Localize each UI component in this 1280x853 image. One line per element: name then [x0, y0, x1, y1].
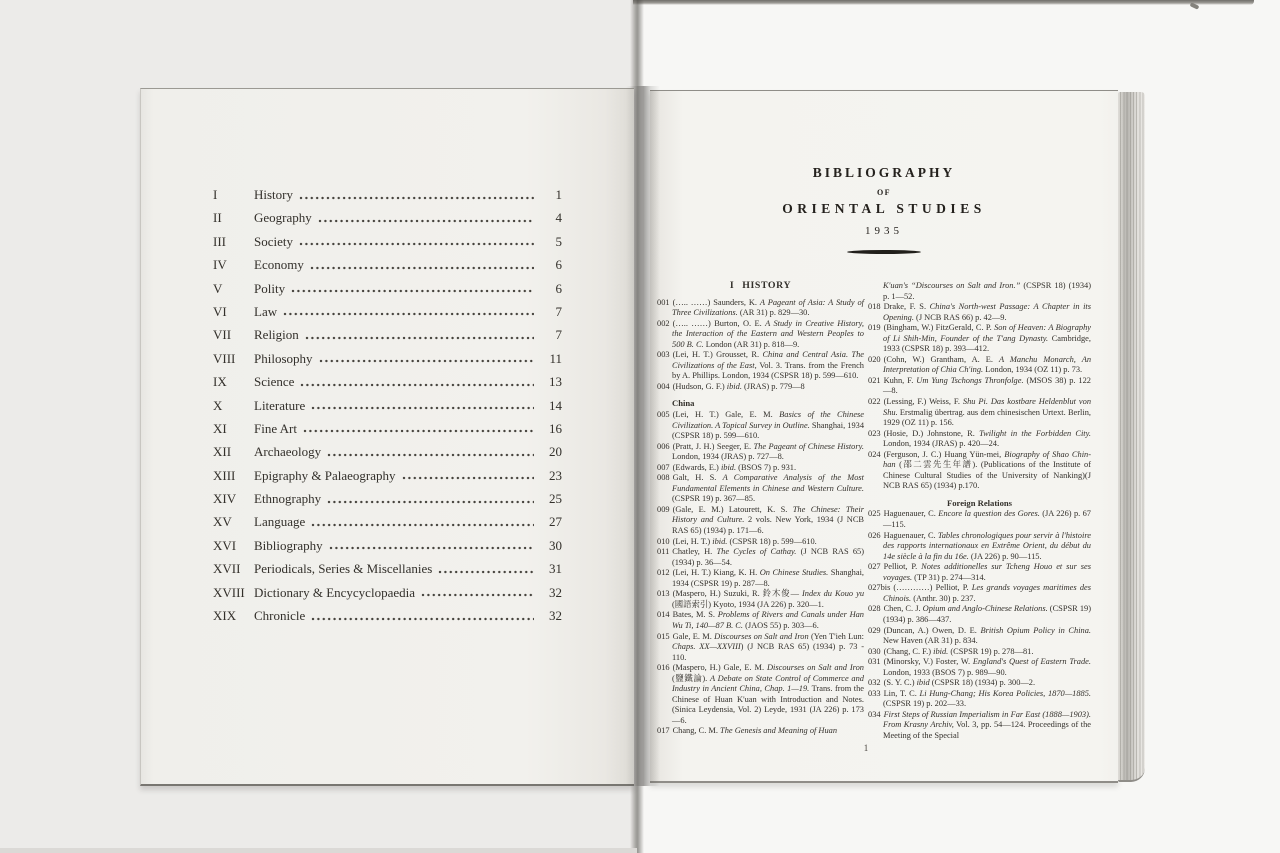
toc-dot-leader: [311, 406, 534, 410]
toc-page-number: 6: [538, 258, 562, 272]
toc-dot-leader: [283, 312, 534, 316]
entry-text: (TP 31) p. 274—314.: [912, 573, 986, 582]
toc-page-number: 32: [538, 586, 562, 600]
entry-text: Opium and Anglo-Chinese Relations.: [923, 604, 1048, 613]
entry-text: Index du Kouo yu: [802, 589, 864, 598]
toc-row: VILaw7: [213, 305, 562, 319]
toc-numeral: XVII: [213, 562, 254, 576]
bib-entry: 009(Gale, E. M.) Latourett, K. S. The Ch…: [657, 505, 864, 537]
toc-page-number: 11: [538, 352, 562, 366]
entry-text: Galt, H. S.: [673, 473, 723, 482]
entry-text: (S. Y. C.): [884, 678, 917, 687]
entry-text: Gale, E. M.: [673, 632, 715, 641]
toc-dot-leader: [299, 196, 534, 200]
toc-row: XIIArchaeology20: [213, 445, 562, 459]
entry-text: England's Quest of Eastern Trade.: [973, 657, 1091, 666]
subheading-foreign-relations: Foreign Relations: [868, 498, 1091, 509]
bibliography-header: BIBLIOGRAPHY OF ORIENTAL STUDIES 1935: [650, 166, 1118, 254]
entry-text: On Chinese Studies.: [760, 568, 828, 577]
toc-label: History: [254, 188, 297, 202]
entry-number: 024: [868, 450, 881, 459]
toc-label: Religion: [254, 328, 303, 342]
toc-dot-leader: [421, 593, 534, 597]
bib-entry: 028Chen, C. J. Opium and Anglo-Chinese R…: [868, 604, 1091, 625]
entry-number: 023: [868, 429, 881, 438]
backdrop-bottom-edge: [0, 848, 637, 853]
entry-number: 001: [657, 298, 670, 307]
bibliography-year: 1935: [650, 225, 1118, 237]
toc-numeral: XI: [213, 422, 254, 436]
entry-number: 027bis: [868, 583, 890, 592]
entry-text: The Pageant of Chinese History.: [754, 442, 864, 451]
entry-text: Discourses on Salt and Iron: [714, 632, 809, 641]
entry-text: (Pratt, J. H.) Seeger, E.: [673, 442, 754, 451]
toc-dot-leader: [329, 546, 534, 550]
entry-text: Haguenauer, C.: [884, 509, 939, 518]
entry-text: Lin, T. C.: [884, 689, 920, 698]
toc-dot-leader: [299, 242, 534, 246]
toc-row: IXScience13: [213, 375, 562, 389]
toc-dot-leader: [327, 500, 534, 504]
entry-text: (J NCB RAS 66) p. 42—9.: [914, 313, 1007, 322]
backdrop-top-edge: [633, 0, 1254, 5]
toc-page-number: 7: [538, 305, 562, 319]
entry-text: (Edwards, E.): [673, 463, 721, 472]
toc-page-number: 25: [538, 492, 562, 506]
bib-entry: 010(Lei, H. T.) ibid. (CSPSR 18) p. 599—…: [657, 537, 864, 548]
toc-page-number: 16: [538, 422, 562, 436]
toc-dot-leader: [311, 617, 534, 621]
bibliography-of: OF: [650, 189, 1118, 198]
page-edge-stack: [1118, 92, 1145, 782]
entry-text: (JAOS 55) p. 303—6.: [743, 621, 819, 630]
toc-row: XIXChronicle32: [213, 609, 562, 623]
bib-entry: 005(Lei, H. T.) Gale, E. M. Basics of th…: [657, 410, 864, 442]
toc-dot-leader: [300, 383, 534, 387]
toc-numeral: XIX: [213, 609, 254, 623]
entry-text: (….. ……) Burton, O. E.: [673, 319, 766, 328]
entry-text: Discourses on Salt and Iron: [767, 663, 864, 672]
entry-text: London (AR 31) p. 818—9.: [704, 340, 800, 349]
entry-text: (Yen T'ieh Lun:: [809, 632, 864, 641]
bib-entry: 020(Cohn, W.) Grantham, A. E. A Manchu M…: [868, 355, 1091, 376]
toc-row: XIVEthnography25: [213, 492, 562, 506]
entry-text: (CSPSR 18) (1934) p. 300—2.: [930, 678, 1035, 687]
toc-numeral: XVI: [213, 539, 254, 553]
entry-number: 022: [868, 397, 881, 406]
entry-number: 026: [868, 531, 881, 540]
bib-entry: 019(Bingham, W.) FitzGerald, C. P. Son o…: [868, 323, 1091, 355]
bib-entry: 029(Duncan, A.) Owen, D. E. British Opiu…: [868, 626, 1091, 647]
toc-row: XVIIIDictionary & Encycyclopaedia32: [213, 586, 562, 600]
entry-number: 021: [868, 376, 881, 385]
entry-number: 012: [657, 568, 670, 577]
entry-text: (CSPSR 18) p. 599—610.: [727, 537, 816, 546]
entry-number: 005: [657, 410, 670, 419]
toc-numeral: VII: [213, 328, 254, 342]
entry-number: 015: [657, 632, 670, 641]
entry-text: (Anthr. 30) p. 237.: [911, 594, 975, 603]
toc-label: Law: [254, 305, 281, 319]
bibliography-title: BIBLIOGRAPHY: [650, 166, 1118, 181]
toc-numeral: IV: [213, 258, 254, 272]
entry-text: (Maspero, H.) Suzuki, R. 鈴木俊—: [673, 589, 802, 598]
entry-number: 028: [868, 604, 881, 613]
entry-number: 010: [657, 537, 670, 546]
entry-text: Kuhn, F.: [884, 376, 917, 385]
entry-number: 033: [868, 689, 881, 698]
page-number: 1: [856, 743, 876, 753]
entry-text: Haguenauer, C.: [884, 531, 938, 540]
entry-text: British Opium Policy in China.: [980, 626, 1091, 635]
entry-text: (Ferguson, J. C.) Huang Yün-mei,: [884, 450, 1005, 459]
entry-text: (JA 226) p. 90—115.: [969, 552, 1042, 561]
bib-entry: 033Lin, T. C. Li Hung-Chang; His Korea P…: [868, 689, 1091, 710]
entry-text: (Gale, E. M.) Latourett, K. S.: [673, 505, 793, 514]
bib-entry: 031(Minorsky, V.) Foster, W. England's Q…: [868, 657, 1091, 678]
toc-row: IIISociety5: [213, 235, 562, 249]
toc-label: Literature: [254, 399, 309, 413]
toc-row: XLiterature14: [213, 399, 562, 413]
entry-text: (Duncan, A.) Owen, D. E.: [884, 626, 981, 635]
bib-entry: 002(….. ……) Burton, O. E. A Study in Cre…: [657, 319, 864, 351]
toc-row: IIGeography4: [213, 211, 562, 225]
bib-entry: 032(S. Y. C.) ibid (CSPSR 18) (1934) p. …: [868, 678, 1091, 689]
bib-entry: 015Gale, E. M. Discourses on Salt and Ir…: [657, 632, 864, 664]
bib-entry: 017Chang, C. M. The Genesis and Meaning …: [657, 726, 864, 737]
entry-text: (Lessing, F.) Weiss, F.: [884, 397, 963, 406]
toc-label: Polity: [254, 282, 289, 296]
entry-text: Pelliot, P.: [884, 562, 922, 571]
toc-label: Fine Art: [254, 422, 301, 436]
entry-text: The Genesis and Meaning of Huan: [720, 726, 837, 735]
toc-numeral: XIII: [213, 469, 254, 483]
toc-dot-leader: [311, 523, 534, 527]
toc-dot-leader: [303, 429, 534, 433]
toc-numeral: I: [213, 188, 254, 202]
bib-entry: 027bis(…………) Pelliot, P. Les grands voya…: [868, 583, 1091, 604]
toc-row: XIFine Art16: [213, 422, 562, 436]
toc-label: Society: [254, 235, 297, 249]
entry-number: 029: [868, 626, 881, 635]
toc-page-number: 13: [538, 375, 562, 389]
entry-text: Li Hung-Chang; His Korea Policies, 1870—…: [920, 689, 1091, 698]
entry-number: 031: [868, 657, 881, 666]
entry-text: (CSPSR 19) p. 278—81.: [948, 647, 1033, 656]
entry-text: Twilight in the Forbidden City.: [979, 429, 1091, 438]
entry-number: 008: [657, 473, 670, 482]
toc-numeral: III: [213, 235, 254, 249]
entry-text: (AR 31) p. 829—30.: [738, 308, 810, 317]
toc-row: XVIBibliography30: [213, 539, 562, 553]
entry-number: 003: [657, 350, 670, 359]
entry-text: (….. ……) Saunders, K.: [673, 298, 760, 307]
toc-label: Philosophy: [254, 352, 317, 366]
decorative-rule: [847, 250, 921, 254]
entry-number: 018: [868, 302, 881, 311]
left-page: IHistory1IIGeography4IIISociety5IVEconom…: [140, 88, 634, 786]
toc-numeral: X: [213, 399, 254, 413]
bibliography-subject: ORIENTAL STUDIES: [650, 202, 1118, 217]
bib-entry: 012(Lei, H. T.) Kiang, K. H. On Chinese …: [657, 568, 864, 589]
entry-text: (Lei, H. T.): [673, 537, 713, 546]
bib-entry: 016(Maspero, H.) Gale, E. M. Discourses …: [657, 663, 864, 726]
entry-text: (Bingham, W.) FitzGerald, C. P.: [884, 323, 995, 332]
entry-text: New Haven (AR 31) p. 834.: [883, 636, 978, 645]
entry-number: 016: [657, 663, 670, 672]
toc-dot-leader: [319, 359, 534, 363]
entry-number: 002: [657, 319, 670, 328]
toc-dot-leader: [327, 453, 534, 457]
entry-text: (鹽鐵論).: [672, 674, 710, 683]
toc-label: Chronicle: [254, 609, 309, 623]
right-page: BIBLIOGRAPHY OF ORIENTAL STUDIES 1935 I …: [650, 90, 1118, 783]
subheading-china: China: [657, 398, 864, 409]
toc-dot-leader: [438, 570, 534, 574]
toc-page-number: 27: [538, 515, 562, 529]
bib-entry: 014Bates, M. S. Problems of Rivers and C…: [657, 610, 864, 631]
toc-row: XIIIEpigraphy & Palaeography23: [213, 469, 562, 483]
bib-entry: 030(Chang, C. F.) ibid. (CSPSR 19) p. 27…: [868, 647, 1091, 658]
toc-row: IVEconomy6: [213, 258, 562, 272]
entry-text: (…………) Pelliot, P.: [893, 583, 971, 592]
toc-numeral: XVIII: [213, 586, 254, 600]
entry-number: 034: [868, 710, 881, 719]
entry-number: 014: [657, 610, 670, 619]
toc-dot-leader: [310, 266, 534, 270]
entry-text: K'uan's “Discourses on Salt and Iron.”: [883, 281, 1020, 290]
entry-text: Um Yung Tschongs Thronfolge.: [916, 376, 1023, 385]
entry-text: (國語索引) Kyoto, 1934 (JA 226) p. 320—1.: [672, 600, 824, 609]
bib-entry: 006(Pratt, J. H.) Seeger, E. The Pageant…: [657, 442, 864, 463]
entry-text: (Lei, H. T.) Kiang, K. H.: [673, 568, 760, 577]
bib-entry: 018Drake, F. S. China's North-west Passa…: [868, 302, 1091, 323]
toc-page-number: 7: [538, 328, 562, 342]
toc-page-number: 14: [538, 399, 562, 413]
bib-entry: 001(….. ……) Saunders, K. A Pageant of As…: [657, 298, 864, 319]
toc-label: Bibliography: [254, 539, 327, 553]
entry-number: 013: [657, 589, 670, 598]
entry-number: 004: [657, 382, 670, 391]
toc-numeral: VI: [213, 305, 254, 319]
entry-number: 030: [868, 647, 881, 656]
toc-page-number: 20: [538, 445, 562, 459]
toc-page-number: 30: [538, 539, 562, 553]
bib-entry: 004(Hudson, G. F.) ibid. (JRAS) p. 779—8: [657, 382, 864, 393]
bib-entry: 034First Steps of Russian Imperialism in…: [868, 710, 1091, 742]
toc-page-number: 1: [538, 188, 562, 202]
toc-numeral: XIV: [213, 492, 254, 506]
entry-text: Chatley, H.: [672, 547, 716, 556]
entry-text: Drake, F. S.: [884, 302, 930, 311]
toc-page-number: 32: [538, 609, 562, 623]
toc-dot-leader: [291, 289, 534, 293]
toc-label: Dictionary & Encycyclopaedia: [254, 586, 419, 600]
entry-text: (Cohn, W.) Grantham, A. E.: [884, 355, 999, 364]
toc-row: VPolity6: [213, 282, 562, 296]
entry-text: (BSOS 7) p. 931.: [736, 463, 796, 472]
toc-dot-leader: [305, 336, 534, 340]
entry-text: ibid: [917, 678, 930, 687]
toc-row: XVIIPeriodicals, Series & Miscellanies31: [213, 562, 562, 576]
entry-number: 007: [657, 463, 670, 472]
toc-label: Periodicals, Series & Miscellanies: [254, 562, 436, 576]
entry-text: (Minorsky, V.) Foster, W.: [884, 657, 973, 666]
entry-text: (Lei, H. T.) Gale, E. M.: [673, 410, 780, 419]
toc-label: Economy: [254, 258, 308, 272]
bib-entry: 025Haguenauer, C. Encore la question des…: [868, 509, 1091, 530]
toc-numeral: IX: [213, 375, 254, 389]
entry-text: (Hudson, G. F.): [673, 382, 727, 391]
toc-numeral: XII: [213, 445, 254, 459]
toc-numeral: V: [213, 282, 254, 296]
entry-text: (Maspero, H.) Gale, E. M.: [673, 663, 767, 672]
bib-entry: 024(Ferguson, J. C.) Huang Yün-mei, Biog…: [868, 450, 1091, 492]
entry-text: (Hosie, D.) Johnstone, R.: [884, 429, 980, 438]
entry-text: (CSPSR 19) p. 367—85.: [672, 494, 755, 503]
toc-label: Science: [254, 375, 298, 389]
toc-numeral: XV: [213, 515, 254, 529]
bib-entry: 011Chatley, H. The Cycles of Cathay. (J …: [657, 547, 864, 568]
bib-entry: 023(Hosie, D.) Johnstone, R. Twilight in…: [868, 429, 1091, 450]
entry-text: (Chang, C. F.): [884, 647, 934, 656]
entry-number: 011: [657, 547, 669, 556]
toc-page-number: 23: [538, 469, 562, 483]
entry-text: Chen, C. J.: [884, 604, 923, 613]
entry-number: 019: [868, 323, 881, 332]
toc-label: Geography: [254, 211, 316, 225]
toc-label: Epigraphy & Palaeography: [254, 469, 400, 483]
toc-page-number: 6: [538, 282, 562, 296]
entry-text: London, 1934 (JRAS) p. 420—24.: [883, 439, 999, 448]
toc-row: VIIReligion7: [213, 328, 562, 342]
toc-label: Archaeology: [254, 445, 325, 459]
toc-page-number: 4: [538, 211, 562, 225]
bib-entry: 022(Lessing, F.) Weiss, F. Shu Pi. Das k…: [868, 397, 1091, 429]
entry-number: 006: [657, 442, 670, 451]
entry-text: Chaps. XX—XXVIII: [672, 642, 741, 651]
bib-column-left: I HISTORY001(….. ……) Saunders, K. A Page…: [657, 281, 864, 737]
entry-number: 032: [868, 678, 881, 687]
toc-page-number: 31: [538, 562, 562, 576]
entry-number: 027: [868, 562, 881, 571]
entry-text: Bates, M. S.: [673, 610, 718, 619]
entry-text: ibid.: [721, 463, 736, 472]
entry-text: (JRAS) p. 779—8: [742, 382, 805, 391]
toc-row: VIIIPhilosophy11: [213, 352, 562, 366]
toc-numeral: II: [213, 211, 254, 225]
entry-text: Chang, C. M.: [673, 726, 720, 735]
entry-text: Encore la question des Gores.: [938, 509, 1040, 518]
toc-numeral: VIII: [213, 352, 254, 366]
bib-entry: 026Haguenauer, C. Tables chronologiques …: [868, 531, 1091, 563]
entry-number: 020: [868, 355, 881, 364]
toc-dot-leader: [402, 476, 534, 480]
entry-text: London, 1934 (JRAS) p. 727—8.: [672, 452, 784, 461]
bib-entry: 007(Edwards, E.) ibid. (BSOS 7) p. 931.: [657, 463, 864, 474]
entry-text: ibid.: [727, 382, 742, 391]
toc-page-number: 5: [538, 235, 562, 249]
subheading-i-history: I HISTORY: [657, 281, 864, 292]
entry-text: ibid.: [933, 647, 948, 656]
bib-entry: 008Galt, H. S. A Comparative Analysis of…: [657, 473, 864, 505]
entry-number: 009: [657, 505, 670, 514]
entry-text: (邵二雲先生年譜). (Publications of the Institut…: [883, 460, 1091, 490]
entry-number: 025: [868, 509, 881, 518]
entry-text: (CSPSR 19) p. 202—33.: [883, 699, 966, 708]
entry-number: 017: [657, 726, 670, 735]
entry-text: Erstmalig übertrag. aus dem chinesischen…: [883, 408, 1091, 428]
toc-label: Ethnography: [254, 492, 325, 506]
toc-row: XVLanguage27: [213, 515, 562, 529]
entry-text: The Cycles of Cathay.: [716, 547, 796, 556]
bib-entry: 021Kuhn, F. Um Yung Tschongs Thronfolge.…: [868, 376, 1091, 397]
toc-row: IHistory1: [213, 188, 562, 202]
toc-dot-leader: [318, 219, 534, 223]
toc-list: IHistory1IIGeography4IIISociety5IVEconom…: [213, 188, 562, 632]
entry-text: ibid.: [712, 537, 727, 546]
toc-label: Language: [254, 515, 309, 529]
bib-entry: 027Pelliot, P. Notes additionelles sur T…: [868, 562, 1091, 583]
entry-text: (Lei, H. T.) Grousset, R.: [673, 350, 763, 359]
entry-text: London, 1934 (OZ 11) p. 73.: [983, 365, 1082, 374]
bib-entry: 013(Maspero, H.) Suzuki, R. 鈴木俊— Index d…: [657, 589, 864, 610]
bib-entry: 003(Lei, H. T.) Grousset, R. China and C…: [657, 350, 864, 382]
bib-column-right: K'uan's “Discourses on Salt and Iron.” (…: [868, 281, 1091, 742]
entry-text: London, 1933 (BSOS 7) p. 989—90.: [883, 668, 1007, 677]
bib-entry: K'uan's “Discourses on Salt and Iron.” (…: [868, 281, 1091, 302]
